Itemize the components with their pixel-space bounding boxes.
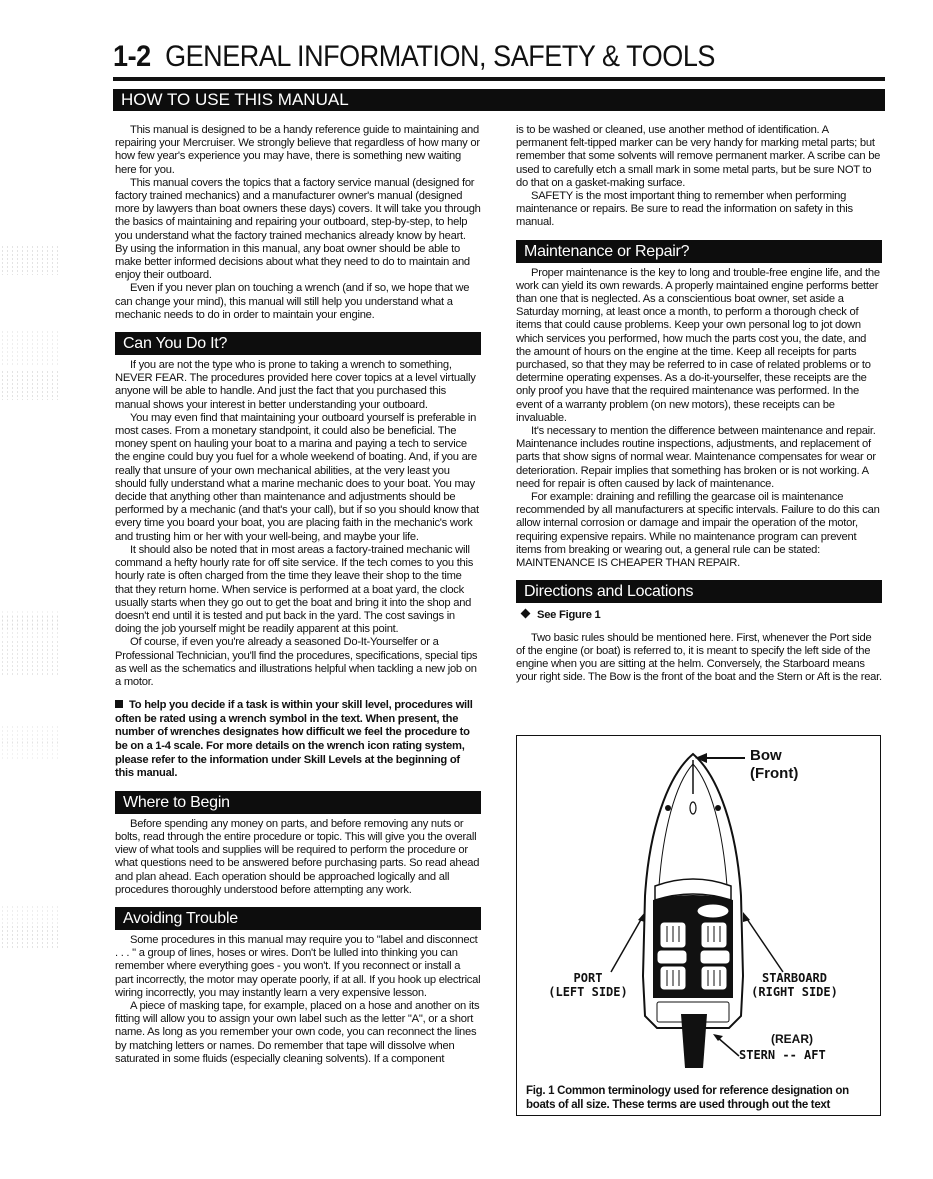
skill-level-note: To help you decide if a task is within y… [115,699,481,781]
paragraph: Some procedures in this manual may requi… [115,934,481,1000]
label-bow: Bow (Front) [750,747,798,783]
paragraph: It's necessary to mention the difference… [516,425,882,491]
paragraph: Proper maintenance is the key to long an… [516,267,882,425]
figure-1: Bow (Front) PORT (LEFT SIDE) STARBOARD (… [516,735,881,1116]
boat-diagram-icon [517,736,879,1081]
label-bow-text: Bow [750,747,798,765]
scan-artifact [0,640,60,675]
section-heading-directions-and-locations: Directions and Locations [516,580,882,603]
paragraph: Even if you never plan on touching a wre… [115,282,481,322]
paragraph: Two basic rules should be mentioned here… [516,632,882,685]
square-bullet-icon [115,700,123,708]
label-port: PORT (LEFT SIDE) [548,971,628,999]
paragraph: For example: draining and refilling the … [516,491,882,570]
see-figure-label: See Figure 1 [537,609,601,621]
skill-level-note-text: To help you decide if a task is within y… [115,699,473,779]
right-column: is to be washed or cleaned, use another … [516,124,882,684]
scan-artifact [0,245,60,275]
section-heading-avoiding-trouble: Avoiding Trouble [115,907,481,930]
paragraph: If you are not the type who is prone to … [115,359,481,412]
scan-artifact [0,370,60,400]
paragraph: Before spending any money on parts, and … [115,818,481,897]
section-heading-maintenance-or-repair: Maintenance or Repair? [516,240,882,263]
section-heading-can-you-do-it: Can You Do It? [115,332,481,355]
label-rear: (REAR) [771,1032,813,1046]
scan-artifact [0,905,60,925]
label-bow-sub: (Front) [750,765,798,783]
figure-caption: Fig. 1 Common terminology used for refer… [526,1084,871,1112]
page-header: 1-2GENERAL INFORMATION, SAFETY & TOOLS [113,40,885,74]
paragraph: is to be washed or cleaned, use another … [516,124,882,190]
paragraph: This manual covers the topics that a fac… [115,177,481,283]
paragraph: It should also be noted that in most are… [115,544,481,636]
label-starboard: STARBOARD (RIGHT SIDE) [747,971,842,999]
scan-artifact [0,740,60,760]
page-number: 1-2 [113,40,151,73]
paragraph: Of course, if even you're already a seas… [115,636,481,689]
see-figure-reference[interactable]: See Figure 1 [522,609,882,622]
scan-artifact [0,615,60,640]
scan-artifact [0,925,60,950]
label-port-sub: (LEFT SIDE) [548,985,628,999]
label-starboard-sub: (RIGHT SIDE) [747,985,842,999]
title-rule [113,77,885,81]
left-column: This manual is designed to be a handy re… [115,124,481,1066]
label-port-text: PORT [548,971,628,985]
section-heading-where-to-begin: Where to Begin [115,791,481,814]
diamond-bullet-icon [521,609,531,619]
chapter-title: GENERAL INFORMATION, SAFETY & TOOLS [165,40,715,73]
paragraph: A piece of masking tape, for example, pl… [115,1000,481,1066]
paragraph: SAFETY is the most important thing to re… [516,190,882,230]
paragraph: You may even find that maintaining your … [115,412,481,544]
paragraph: This manual is designed to be a handy re… [115,124,481,177]
section-heading-how-to-use: HOW TO USE THIS MANUAL [113,89,885,111]
scan-artifact [0,330,60,365]
label-stern: STERN -- AFT [739,1048,826,1062]
label-starboard-text: STARBOARD [747,971,842,985]
page-title: 1-2GENERAL INFORMATION, SAFETY & TOOLS [113,40,808,74]
